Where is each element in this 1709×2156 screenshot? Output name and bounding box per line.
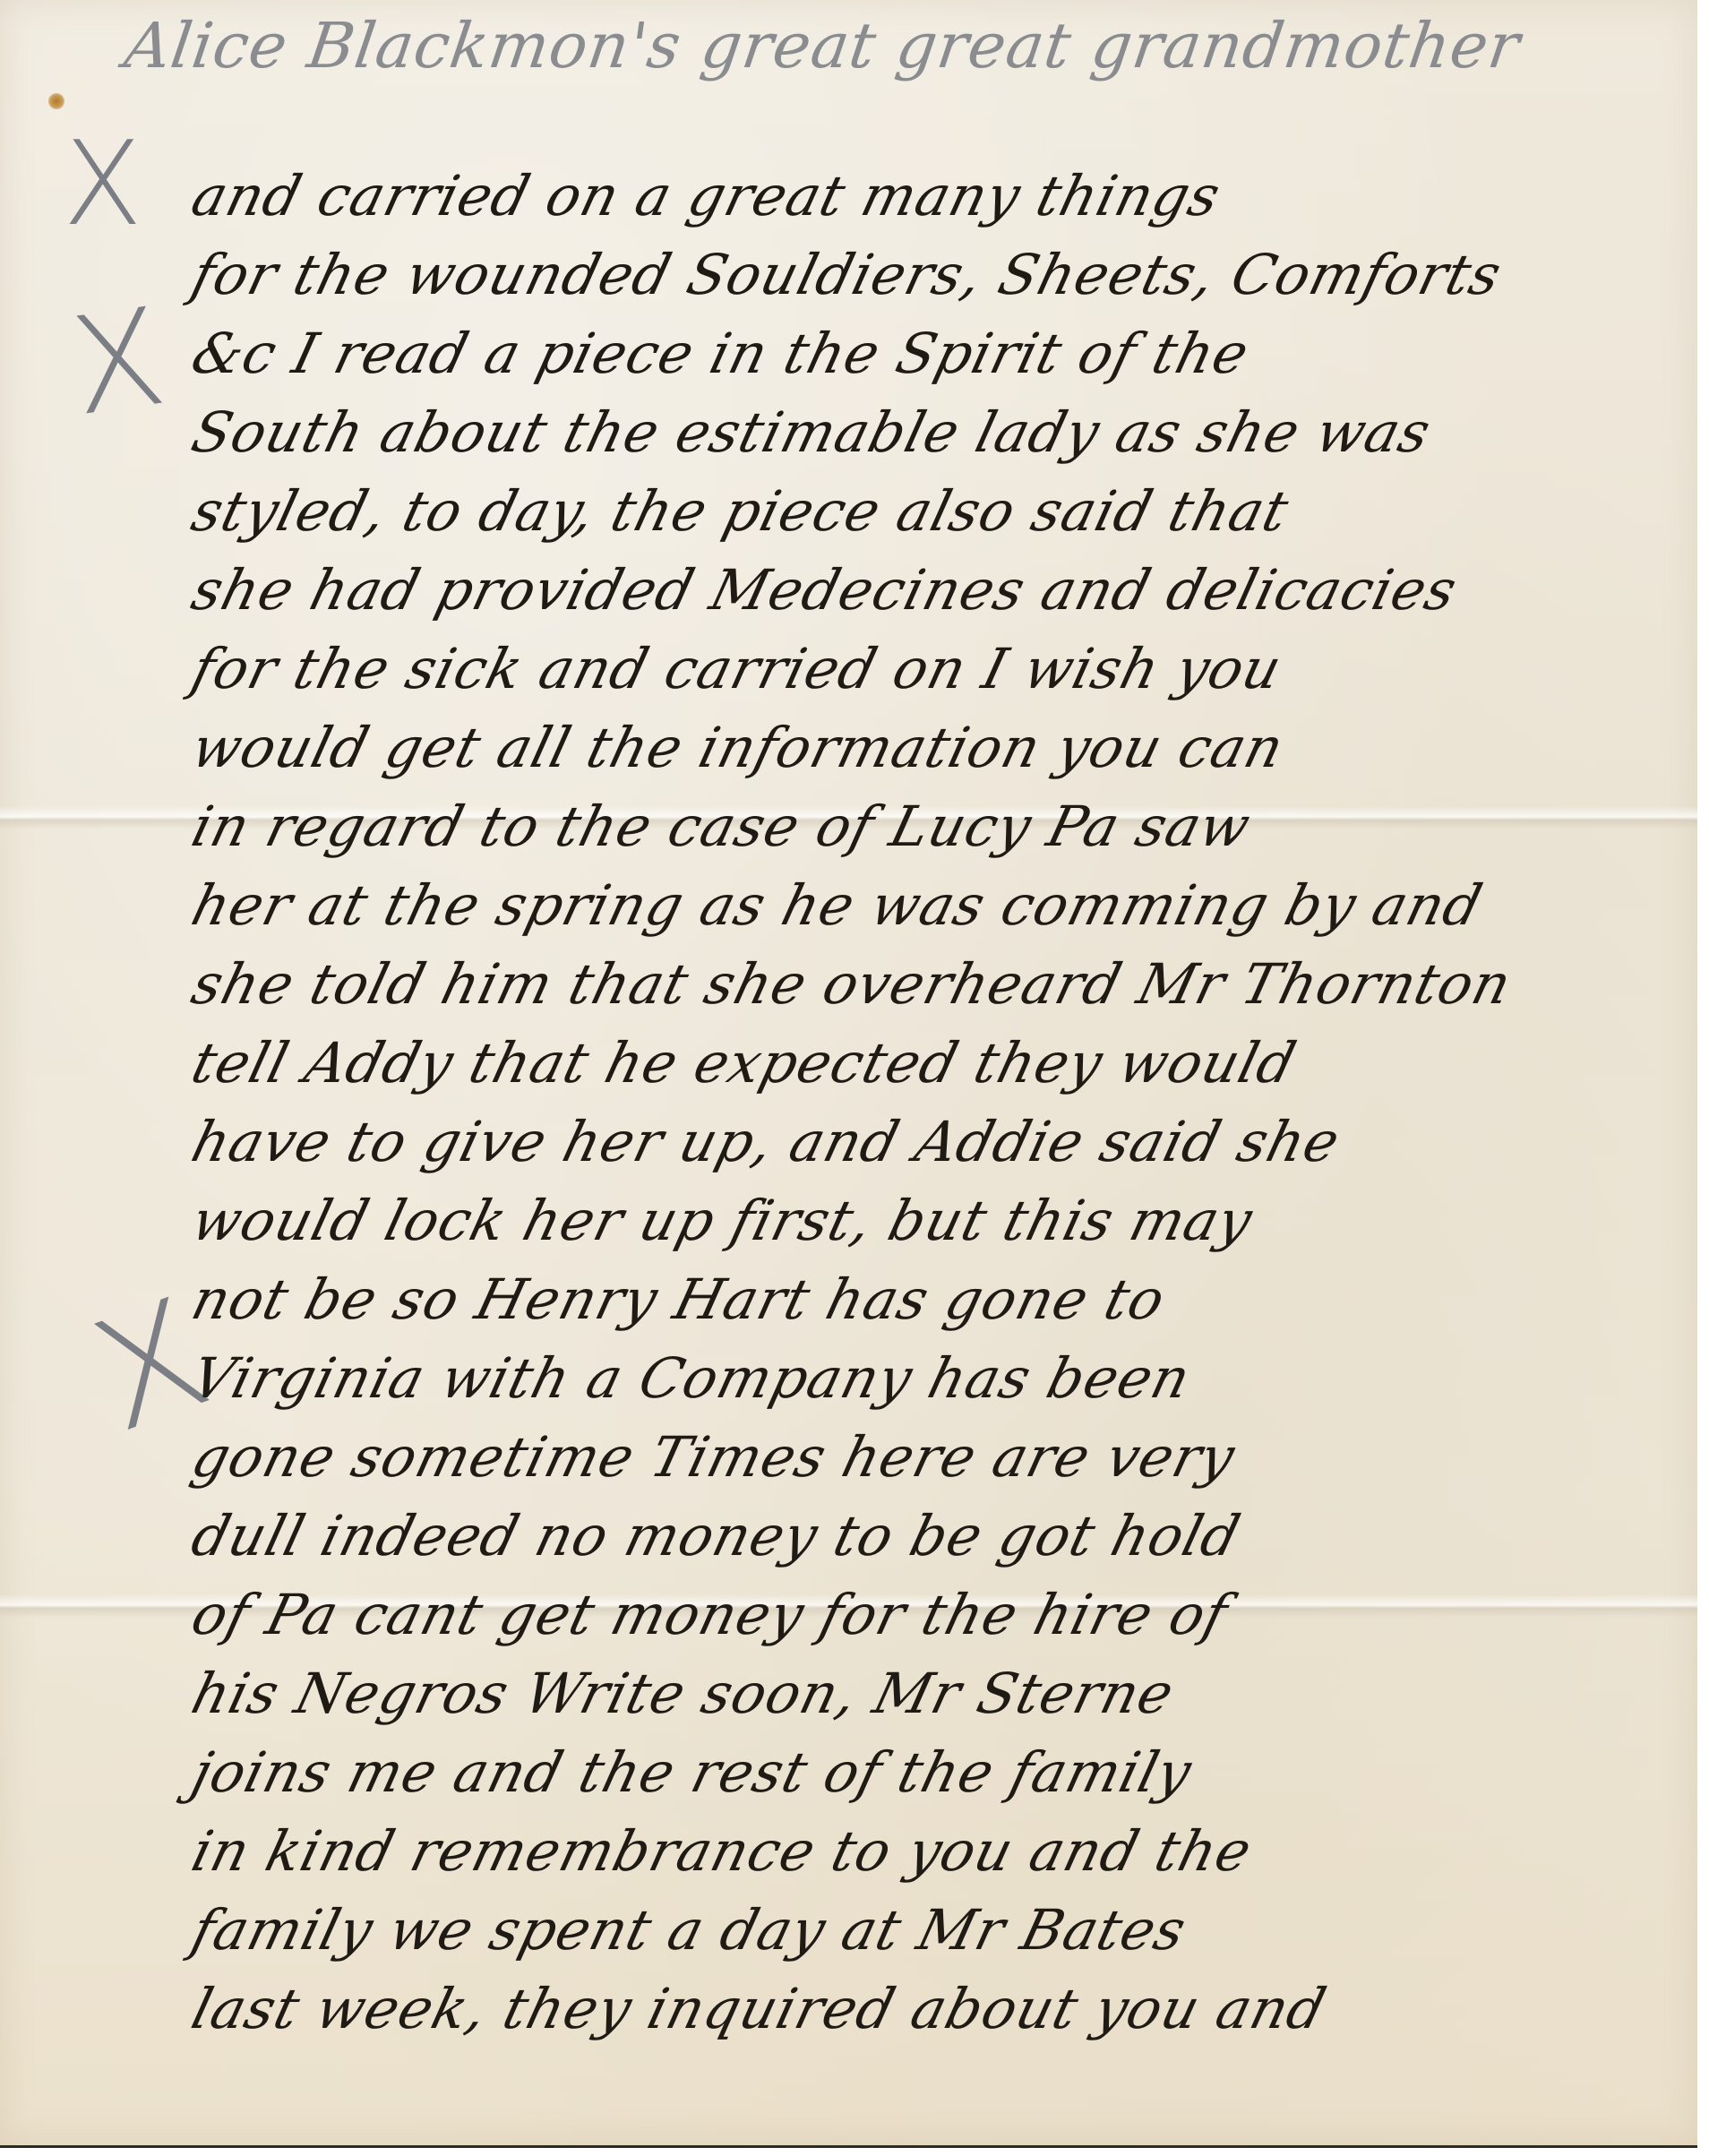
handwritten-line: South about the estimable lady as she wa… bbox=[184, 393, 1708, 472]
handwritten-line: joins me and the rest of the family bbox=[184, 1733, 1708, 1812]
handwritten-line: for the sick and carried on I wish you bbox=[184, 630, 1708, 709]
handwritten-line: have to give her up, and Addie said she bbox=[184, 1103, 1708, 1181]
handwritten-line: she told him that she overheard Mr Thorn… bbox=[184, 945, 1708, 1024]
handwritten-line: dull indeed no money to be got hold bbox=[184, 1497, 1708, 1576]
handwritten-line: styled, to day, the piece also said that bbox=[184, 472, 1708, 551]
letter-page: Alice Blackmon's great great grandmother… bbox=[0, 0, 1697, 2148]
letter-body: and carried on a great many things for t… bbox=[184, 157, 1688, 2049]
handwritten-line: family we spent a day at Mr Bates bbox=[184, 1891, 1708, 1970]
handwritten-line: not be so Henry Hart has gone to bbox=[184, 1260, 1708, 1339]
handwritten-line: for the wounded Souldiers, Sheets, Comfo… bbox=[184, 236, 1708, 314]
handwritten-line: in kind remembrance to you and the bbox=[184, 1812, 1708, 1891]
ink-stain bbox=[48, 93, 64, 109]
handwritten-line: and carried on a great many things bbox=[184, 157, 1708, 236]
handwritten-line: she had provided Medecines and delicacie… bbox=[184, 551, 1708, 630]
handwritten-line: last week, they inquired about you and bbox=[184, 1970, 1708, 2049]
handwritten-line: of Pa cant get money for the hire of bbox=[184, 1576, 1708, 1654]
pencil-x-mark: X bbox=[63, 290, 173, 436]
handwritten-line: her at the spring as he was comming by a… bbox=[184, 866, 1708, 945]
pencil-x-mark: X bbox=[63, 125, 142, 242]
handwritten-line: would get all the information you can bbox=[184, 709, 1708, 787]
handwritten-line: Virginia with a Company has been bbox=[184, 1339, 1708, 1418]
pencil-annotation: Alice Blackmon's great great grandmother bbox=[120, 9, 1671, 82]
handwritten-line: tell Addy that he expected they would bbox=[184, 1024, 1708, 1103]
handwritten-line: gone sometime Times here are very bbox=[184, 1418, 1708, 1497]
handwritten-line: would lock her up first, but this may bbox=[184, 1181, 1708, 1260]
handwritten-line: &c I read a piece in the Spirit of the bbox=[184, 314, 1708, 393]
handwritten-line: in regard to the case of Lucy Pa saw bbox=[184, 787, 1708, 866]
handwritten-line: his Negros Write soon, Mr Sterne bbox=[184, 1654, 1708, 1733]
